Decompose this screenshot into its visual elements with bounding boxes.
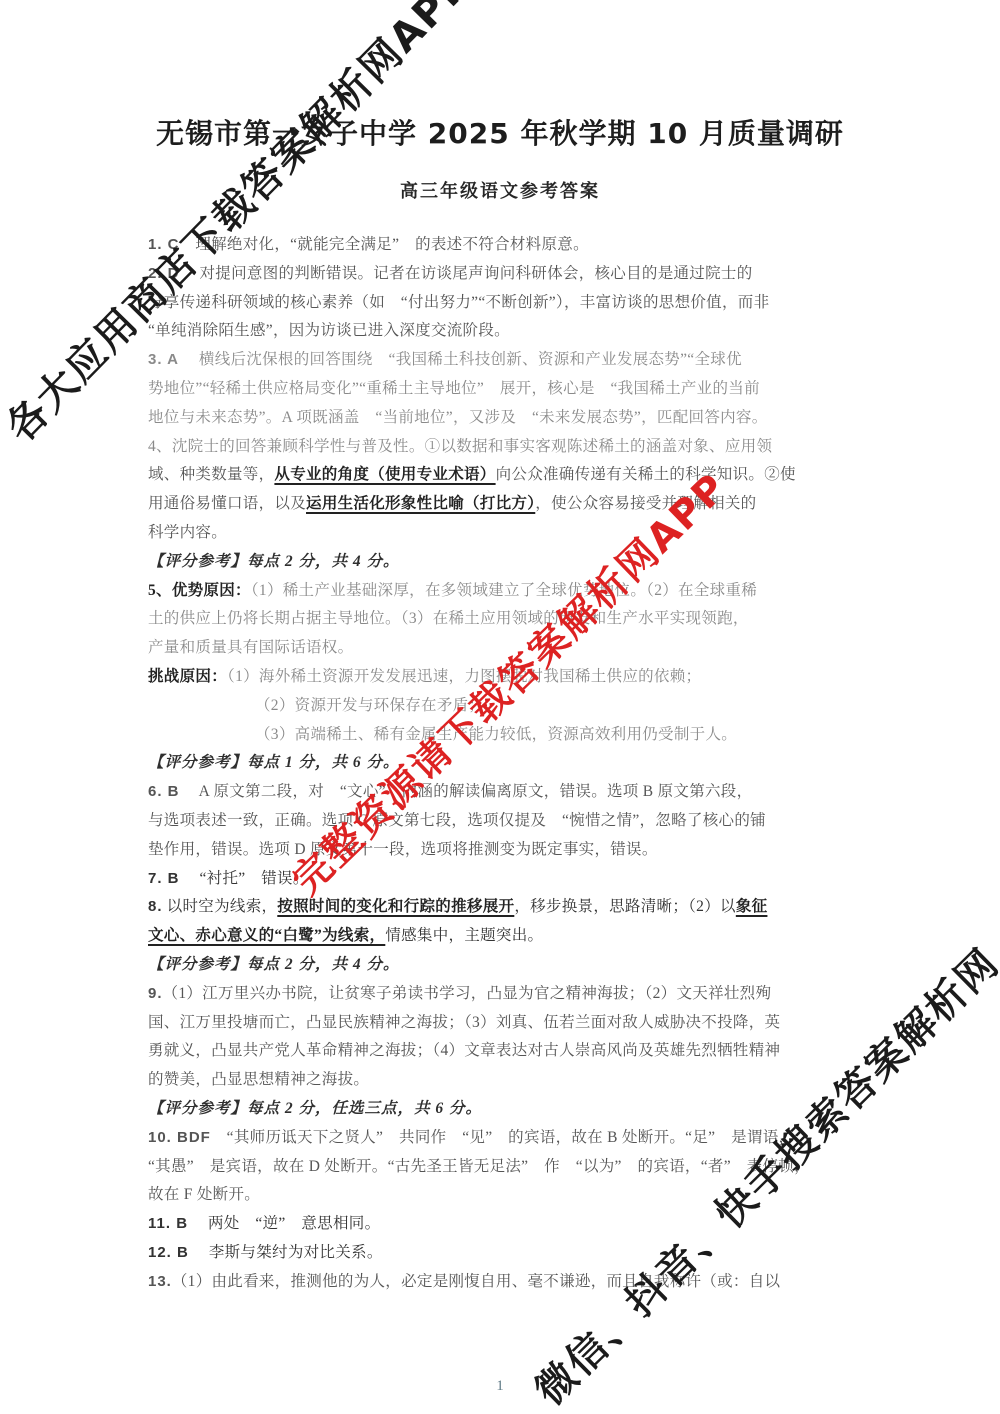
answer-line: 4、沈院士的回答兼顾科学性与普及性。①以数据和事实客观陈述稀土的涵盖对象、应用领 [148, 433, 860, 462]
answer-line: 故在 F 处断开。 [148, 1181, 860, 1210]
answer-line: 【评分参考】每点 2 分，共 4 分。 [148, 548, 860, 577]
answer-line: 9.（1）江万里兴办书院，让贫寒子弟读书学习，凸显为官之精神海拔；（2）文天祥壮… [148, 980, 860, 1009]
answer-line: 势地位”“轻稀土供应格局变化”“重稀土主导地位” 展开，核心是 “我国稀土产业的… [148, 375, 860, 404]
answer-line: 【评分参考】每点 2 分，任选三点，共 6 分。 [148, 1095, 860, 1124]
answer-line: 5、优势原因：（1）稀土产业基础深厚，在多领域建立了全球优势地位。（2）在全球重… [148, 577, 860, 606]
answer-line: 分享传递科研领域的核心素养（如 “付出努力”“不断创新”），丰富访谈的思想价值，… [148, 289, 860, 318]
answer-line: 10. BDF “其师历诋天下之贤人” 共同作 “见” 的宾语，故在 B 处断开… [148, 1124, 860, 1153]
answer-line: 垫作用，错误。选项 D 原文第十一段，选项将推测变为既定事实，错误。 [148, 836, 860, 865]
answer-line: 土的供应上仍将长期占据主导地位。（3）在稀土应用领域的研发和生产水平实现领跑， [148, 605, 860, 634]
answer-line: 2. D 对提问意图的判断错误。记者在访谈尾声询问科研体会，核心目的是通过院士的 [148, 260, 860, 289]
answer-lines: 1. C 理解绝对化，“就能完全满足” 的表述不符合材料原意。2. D 对提问意… [148, 231, 860, 1296]
answer-line: 域、种类数量等，从专业的角度（使用专业术语）向公众准确传递有关稀土的科学知识。②… [148, 461, 860, 490]
answer-line: 的赞美，凸显思想精神之海拔。 [148, 1066, 860, 1095]
doc-title: 无锡市第一女子中学 2025 年秋学期 10 月质量调研 [0, 112, 1000, 152]
answer-line: 1. C 理解绝对化，“就能完全满足” 的表述不符合材料原意。 [148, 231, 860, 260]
answer-line: 科学内容。 [148, 519, 860, 548]
answer-line: 国、江万里投塘而亡，凸显民族精神之海拔；（3）刘真、伍若兰面对敌人威胁决不投降，… [148, 1009, 860, 1038]
answer-line: 7. B “衬托” 错误。 [148, 865, 860, 894]
answer-line: 6. B A 原文第二段，对 “文心” 内涵的解读偏离原文，错误。选项 B 原文… [148, 778, 860, 807]
answer-line: 地位与未来态势”。A 项既涵盖 “当前地位”，又涉及 “未来发展态势”，匹配回答… [148, 404, 860, 433]
answer-line: （3）高端稀土、稀有金属生产能力较低，资源高效利用仍受制于人。 [148, 721, 860, 750]
page-number: 1 [0, 1378, 1000, 1395]
answer-line: 挑战原因：（1）海外稀土资源开发发展迅速，力图摆脱对我国稀土供应的依赖； [148, 663, 860, 692]
answer-line: 产量和质量具有国际话语权。 [148, 634, 860, 663]
answer-line: 与选项表述一致，正确。选项 C 原文第七段，选项仅提及 “惋惜之情”，忽略了核心… [148, 807, 860, 836]
document-page: 无锡市第一女子中学 2025 年秋学期 10 月质量调研 高三年级语文参考答案 … [0, 0, 1000, 1414]
answer-line: 8. 以时空为线索，按照时间的变化和行踪的推移展开，移步换景，思路清晰；（2）以… [148, 893, 860, 922]
answer-line: 【评分参考】每点 1 分，共 6 分。 [148, 749, 860, 778]
answer-line: 13.（1）由此看来，推测他的为人，必定是刚愎自用、毫不谦逊，而且自我称许（或：… [148, 1268, 860, 1297]
answer-line: （2）资源开发与环保存在矛盾； [148, 692, 860, 721]
answer-line: 文心、赤心意义的“白鹭”为线索，情感集中，主题突出。 [148, 922, 860, 951]
answer-line: 【评分参考】每点 2 分，共 4 分。 [148, 951, 860, 980]
answer-line: “单纯消除陌生感”，因为访谈已进入深度交流阶段。 [148, 317, 860, 346]
answer-line: 12. B 李斯与桀纣为对比关系。 [148, 1239, 860, 1268]
answer-line: 11. B 两处 “逆” 意思相同。 [148, 1210, 860, 1239]
doc-subtitle: 高三年级语文参考答案 [0, 177, 1000, 203]
answer-line: “其愚” 是宾语，故在 D 处断开。“古先圣王皆无足法” 作 “以为” 的宾语，… [148, 1153, 860, 1182]
answer-line: 3. A 横线后沈保根的回答围绕 “我国稀土科技创新、资源和产业发展态势”“全球… [148, 346, 860, 375]
answer-line: 用通俗易懂口语，以及运用生活化形象性比喻（打比方），使公众容易接受并理解相关的 [148, 490, 860, 519]
answer-line: 勇就义，凸显共产党人革命精神之海拔；（4）文章表达对古人崇高风尚及英雄先烈牺牲精… [148, 1037, 860, 1066]
